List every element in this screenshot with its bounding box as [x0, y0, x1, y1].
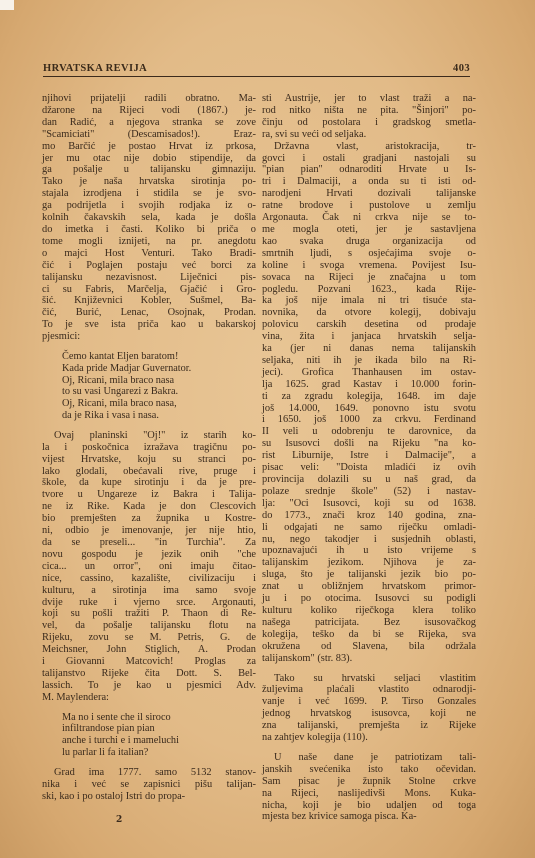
text-line: novu gospodu je jezik onih "che	[42, 549, 256, 561]
text-line: jer mu otac nije dobio stipendije, da	[42, 153, 256, 165]
text-line: II veli u odobrenju te darovnice, da	[262, 426, 476, 438]
text-line: kolegija, teško da bi se Rijeka, sva	[262, 629, 476, 641]
text-line: ti za zgradu kolegija, 1648. im daje	[262, 391, 476, 403]
text-line: činju od postolara i gradskog smetla-	[262, 117, 476, 129]
text-line: rist Liburnije, Istre i Dalmacije", a	[262, 450, 476, 462]
text-line: ratne brodove i pustolove u zemlju	[262, 200, 476, 212]
text-line: i 1650. još 1000 za crkvu. Ferdinand	[262, 414, 476, 426]
text-line: koline i svoga vremena. Povijest Isu-	[262, 260, 476, 272]
verse-line: anche i turchi e i mameluchi	[62, 735, 256, 747]
text-line: i Giovanni Matcovich! Proglas za	[42, 656, 256, 668]
text-line: Meichsner, John Stiglich, A. Prodan	[42, 644, 256, 656]
text-line: o majci Host Venturi. Tako Bradi-	[42, 248, 256, 260]
text-line: Tako su hrvatski seljaci vlastitim	[262, 673, 476, 685]
text-line: tvore u Ungareze iz Bakra i Talija-	[42, 489, 256, 501]
text-line: ga pošalje u talijansku gimnaziju.	[42, 164, 256, 176]
paragraph: Grad ima 1777. samo 5132 stanov-nika i v…	[42, 767, 256, 803]
text-line: zna talijanski, premješta iz Rijeke	[262, 720, 476, 732]
verse-line: to su vasi Ungarezi z Bakra.	[62, 386, 256, 398]
verse-line: infiltrandose pian pian	[62, 723, 256, 735]
verse-line: lu parlar li fa italian?	[62, 747, 256, 759]
verse-line: Oj, Ricani, mila braco nasa	[62, 375, 256, 387]
text-line: provincija dolazili su u naš grad, da	[262, 474, 476, 486]
paragraph: Tako su hrvatski seljaci vlastitimžuljev…	[262, 673, 476, 744]
text-line: talijanskom" (str. 83).	[262, 653, 476, 665]
text-line: šić. Književnici Kobler, Sušmel, Ba-	[42, 295, 256, 307]
text-line: do 1773., znači kroz 140 godina, zna-	[262, 510, 476, 522]
text-line: žuljevima plaćali vlastito odnarodji-	[262, 684, 476, 696]
text-line: smrtnih ljudi, s osjećajima svoje o-	[262, 248, 476, 260]
text-line: rod nitko ništa ne pita. "Šinjori" po-	[262, 105, 476, 117]
text-line: škole, da kupe sirotinju i da je pre-	[42, 477, 256, 489]
verse-line: Oj, Ricani, mila braco nasa,	[62, 398, 256, 410]
text-line: Grad ima 1777. samo 5132 stanov-	[42, 767, 256, 779]
text-line: kao svaka druga organizacija od	[262, 236, 476, 248]
paragraph: U naše dane je patriotizam tali-janskih …	[262, 752, 476, 823]
text-line: ski, kao i po ostaloj Istri do propa-	[42, 791, 256, 803]
text-line: sovaca na Rijeci je značajna u tom	[262, 272, 476, 284]
scanned-page: HRVATSKA REVIJA 403 njihovi prijatelji r…	[0, 0, 535, 858]
text-line: pjesmici:	[42, 331, 256, 343]
text-line: nika i već se zapisnici pišu talijan-	[42, 779, 256, 791]
text-line: lako glodali, obećavali rive, pruge i	[42, 466, 256, 478]
verse-line: da je Rika i vasa i nasa.	[62, 410, 256, 422]
text-line: talijansku nezavisnost. Liječnici pis-	[42, 272, 256, 284]
text-line: nicha, koji je bio udaljen od toga	[262, 800, 476, 812]
text-line: pisac veli: "Doista mladići iz ovih	[262, 462, 476, 474]
text-line: čić, Burić, Lenac, Osojnak, Prodan.	[42, 307, 256, 319]
verse-quote: Ma no i sente che il sirocoinfiltrandose…	[42, 712, 256, 759]
text-line: koji su pošli tražiti P. Thaon di Re-	[42, 608, 256, 620]
text-line: Tako je naša hrvatska sirotinja po-	[42, 176, 256, 188]
text-line: mo Barčić je postao Hrvat iz prkosa,	[42, 141, 256, 153]
text-line: Argonauta. Čak ni crkva nije se to-	[262, 212, 476, 224]
paragraph: Državna vlast, aristokracija, tr-govci i…	[262, 141, 476, 665]
paragraph-gap	[262, 744, 476, 752]
running-header: HRVATSKA REVIJA 403	[43, 58, 470, 77]
text-line: sluga, što je talijanski jezik bio po-	[262, 569, 476, 581]
text-line: tome mogli iznijeti, na pr. anegdotu	[42, 236, 256, 248]
text-line: njihovi prijatelji radili obratno. Ma-	[42, 93, 256, 105]
text-line: lja 1625. grad Kastav i 10.000 forin-	[262, 379, 476, 391]
text-line: polovicu carskih desetina od prodaje	[262, 319, 476, 331]
text-line: jeci). Grofica Thanhausen im ostav-	[262, 367, 476, 379]
text-line: cica... un orror", oni imaju čitao-	[42, 561, 256, 573]
text-line: nu, nego takodjer i susjednih oblasti,	[262, 534, 476, 546]
text-line: ka još nije imala ni tri tisuće sta-	[262, 295, 476, 307]
page-number: 403	[453, 63, 470, 74]
text-line: lassich. To je kao u pjesmici Adv.	[42, 680, 256, 692]
text-line: okružena od Slavena, bila održala	[262, 641, 476, 653]
paragraph-gap	[262, 665, 476, 673]
text-line: stajala izrodjena i stidila se je svo-	[42, 188, 256, 200]
text-line: govci i ostali gradjani nastojali su	[262, 153, 476, 165]
text-line: vanje i već 1699. P. Tirso Gonzales	[262, 696, 476, 708]
text-line: M. Maylendera:	[42, 692, 256, 704]
text-line: janskih svećenika isto tako očevidan.	[262, 764, 476, 776]
text-line: "pian pian" odnaroditi Hrvate u Is-	[262, 164, 476, 176]
text-line: na Rijeci, naslijedivši Mons. Kuka-	[262, 788, 476, 800]
text-line: su Isusovci došli na Rijeku "na ko-	[262, 438, 476, 450]
paragraph: sti Austrije, jer to vlast traži a na-ro…	[262, 93, 476, 141]
verse-line: Ma no i sente che il siroco	[62, 712, 256, 724]
text-line: pogledu. Pozvani 1623., kada Rije-	[262, 284, 476, 296]
text-line: ni, odbio je imenovanje, jer nije htio,	[42, 525, 256, 537]
text-line: ci su Fabris, Marčelja, Gjačić i Gro-	[42, 284, 256, 296]
text-line: tri i Dalmaciji, a onda su ti isti od-	[262, 176, 476, 188]
text-line: talijanskim jezikom. Njihova je za-	[262, 557, 476, 569]
text-line: na zahtjev kolegija (110).	[262, 732, 476, 744]
text-line: novnika, da otvore kolegij, dobivaju	[262, 307, 476, 319]
text-line: Državna vlast, aristokracija, tr-	[262, 141, 476, 153]
text-line: polaze srednje škole" (52) i nastav-	[262, 486, 476, 498]
text-line: bio premješten za župnika u Kostre-	[42, 513, 256, 525]
text-line: la i poskočnica izražava tragičnu po-	[42, 442, 256, 454]
text-line: čić i Poglajen postaju već borci za	[42, 260, 256, 272]
text-line: lja: "Oci Isusovci, koji su od 1638.	[262, 498, 476, 510]
text-line: kolnih čakavskih sela, kada je došla	[42, 212, 256, 224]
text-line: ju i po otocima. Isusovci su podigli	[262, 593, 476, 605]
text-line: vijest Hrvatske, koju su stranci po-	[42, 454, 256, 466]
text-line: upoznavajući ih u isto vrijeme s	[262, 545, 476, 557]
text-line: ra, svi su veći od seljaka.	[262, 129, 476, 141]
text-line: Ovaj planinski "Oj!" iz starih ko-	[42, 430, 256, 442]
verse-line: Kada pride Madjar Guvernator.	[62, 363, 256, 375]
text-line: seljaka, niti ih je ikada bilo na Ri-	[262, 355, 476, 367]
text-line: ka (jer ni danas nema talijanskih	[262, 343, 476, 355]
text-line: jednog hrvatskog isusovca, koji ne	[262, 708, 476, 720]
text-line: ga podrijetla i svojih rodjaka iz o-	[42, 200, 256, 212]
text-line: dvije ruke i vjerno srce. Argonauti,	[42, 597, 256, 609]
text-line: kulturu, a sirotinja ima samo svoje	[42, 585, 256, 597]
text-line: vel, da pošalje talijansku flotu na	[42, 620, 256, 632]
text-line: sti Austrije, jer to vlast traži a na-	[262, 93, 476, 105]
text-line: narodjeni Hrvati dozivali talijanske	[262, 188, 476, 200]
text-line: kulturu koliko riječkoga klera toliko	[262, 605, 476, 617]
printer-signature-mark: 2	[116, 815, 122, 825]
text-line: još 14.000, 1649. ponovno istu svotu	[262, 403, 476, 415]
text-line: do imetka i časti. Koliko bi priča o	[42, 224, 256, 236]
paragraph: njihovi prijatelji radili obratno. Ma-dž…	[42, 93, 256, 343]
text-line: Sam pisac je župnik Stolne crkve	[262, 776, 476, 788]
journal-title: HRVATSKA REVIJA	[43, 63, 147, 74]
text-line: "Scamiciati" (Descamisados!). Eraz-	[42, 129, 256, 141]
page-corner	[0, 0, 14, 10]
text-line: znat u obližnjem hrvatskom primor-	[262, 581, 476, 593]
text-line: mjesta bez krivice samoga pisca. Ka-	[262, 811, 476, 823]
text-line: džarone na Rijeci vodi (1867.) je-	[42, 105, 256, 117]
text-line: nice, cassino, kazalište, civilizaciju i	[42, 573, 256, 585]
text-line: li odgajati ne samo riječku omladi-	[262, 522, 476, 534]
text-line: Rijeku, zovu se M. Petris, G. de	[42, 632, 256, 644]
right-column: sti Austrije, jer to vlast traži a na-ro…	[262, 93, 476, 823]
text-line: U naše dane je patriotizam tali-	[262, 752, 476, 764]
text-line: našega patricijata. Bez isusovačkog	[262, 617, 476, 629]
text-line: dan Radić, a njegova stranka se zove	[42, 117, 256, 129]
text-line: To je sve ista priča kao u bakarskoj	[42, 319, 256, 331]
text-line: ne iz Rike. Kada je don Clescovich	[42, 501, 256, 513]
verse-quote: Čemo kantat Eljen baratom!Kada pride Mad…	[42, 351, 256, 422]
text-line: talijanstvo Rijeke čita Dott. S. Bel-	[42, 668, 256, 680]
text-line: da se preseli... "in Turchia". Za	[42, 537, 256, 549]
left-column: njihovi prijatelji radili obratno. Ma-dž…	[42, 93, 256, 803]
text-line: me mogla oteti, jer je sastavljena	[262, 224, 476, 236]
paragraph: Ovaj planinski "Oj!" iz starih ko-la i p…	[42, 430, 256, 704]
verse-line: Čemo kantat Eljen baratom!	[62, 351, 256, 363]
text-line: vina, žita i janjaca hrvatskih selja-	[262, 331, 476, 343]
